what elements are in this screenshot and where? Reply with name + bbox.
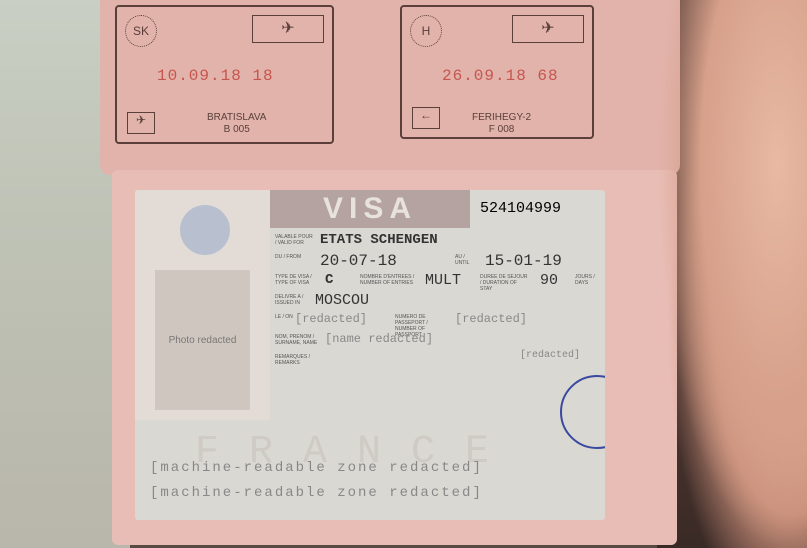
label: AU / UNTIL bbox=[455, 254, 475, 266]
signatory: [redacted] bbox=[520, 350, 580, 361]
holder-name: [name redacted] bbox=[325, 332, 433, 346]
stamp-date: 10.09.18 18 bbox=[157, 67, 274, 85]
airplane-icon: ✈ bbox=[127, 112, 155, 134]
visa-number: 524104999 bbox=[480, 200, 561, 217]
label: DU / FROM bbox=[275, 254, 315, 260]
passport-number: [redacted] bbox=[455, 312, 527, 326]
visa-header: VISA bbox=[270, 190, 470, 228]
label: REMARQUES / REMARKS bbox=[275, 354, 315, 366]
exit-arrow-icon: ← bbox=[412, 107, 440, 129]
entry-stamp-slovakia: SK ✈ 10.09.18 18 BRATISLAVAB 005 ✈ bbox=[115, 5, 334, 144]
label: VALABLE POUR / VALID FOR bbox=[275, 234, 315, 246]
passport-page-top: SK ✈ 10.09.18 18 BRATISLAVAB 005 ✈ H ✈ 2… bbox=[100, 0, 680, 175]
country-code: H bbox=[410, 15, 442, 47]
photo-placeholder: Photo redacted bbox=[155, 270, 250, 410]
hologram-icon bbox=[180, 205, 230, 255]
airplane-icon: ✈ bbox=[252, 15, 324, 43]
country-code: SK bbox=[125, 15, 157, 47]
stamp-place: FERIHEGY-2F 008 bbox=[472, 112, 531, 136]
label: TYPE DE VISA / TYPE OF VISA bbox=[275, 274, 315, 286]
airplane-icon: ✈ bbox=[512, 15, 584, 43]
photo-area: Photo redacted bbox=[135, 190, 270, 420]
valid-from: 20-07-18 bbox=[320, 252, 397, 270]
duration: 90 bbox=[540, 272, 558, 289]
label: NOM, PRENOM / SURNAME, NAME bbox=[275, 334, 320, 346]
issued-in: MOSCOU bbox=[315, 292, 369, 309]
visa-type: C bbox=[325, 272, 333, 288]
issued-on: [redacted] bbox=[295, 312, 367, 326]
entries: MULT bbox=[425, 272, 461, 289]
mrz-line-2: [machine-readable zone redacted] bbox=[150, 485, 483, 501]
schengen-visa: Photo redacted VISA 524104999 VALABLE PO… bbox=[135, 190, 605, 520]
exit-stamp-hungary: H ✈ 26.09.18 68 FERIHEGY-2F 008 ← bbox=[400, 5, 594, 139]
label: DUREE DE SEJOUR / DURATION OF STAY bbox=[480, 274, 530, 292]
label: JOURS / DAYS bbox=[575, 274, 600, 286]
valid-for: ETATS SCHENGEN bbox=[320, 232, 438, 248]
label: NOMBRE D'ENTREES / NUMBER OF ENTRIES bbox=[360, 274, 420, 286]
valid-until: 15-01-19 bbox=[485, 252, 562, 270]
label: DELIVRE A / ISSUED IN bbox=[275, 294, 315, 306]
hand bbox=[657, 0, 807, 548]
stamp-date: 26.09.18 68 bbox=[442, 67, 559, 85]
stamp-place: BRATISLAVAB 005 bbox=[207, 112, 266, 136]
label: LE / ON bbox=[275, 314, 295, 320]
consulate-seal bbox=[560, 375, 605, 449]
mrz-line-1: [machine-readable zone redacted] bbox=[150, 460, 483, 476]
